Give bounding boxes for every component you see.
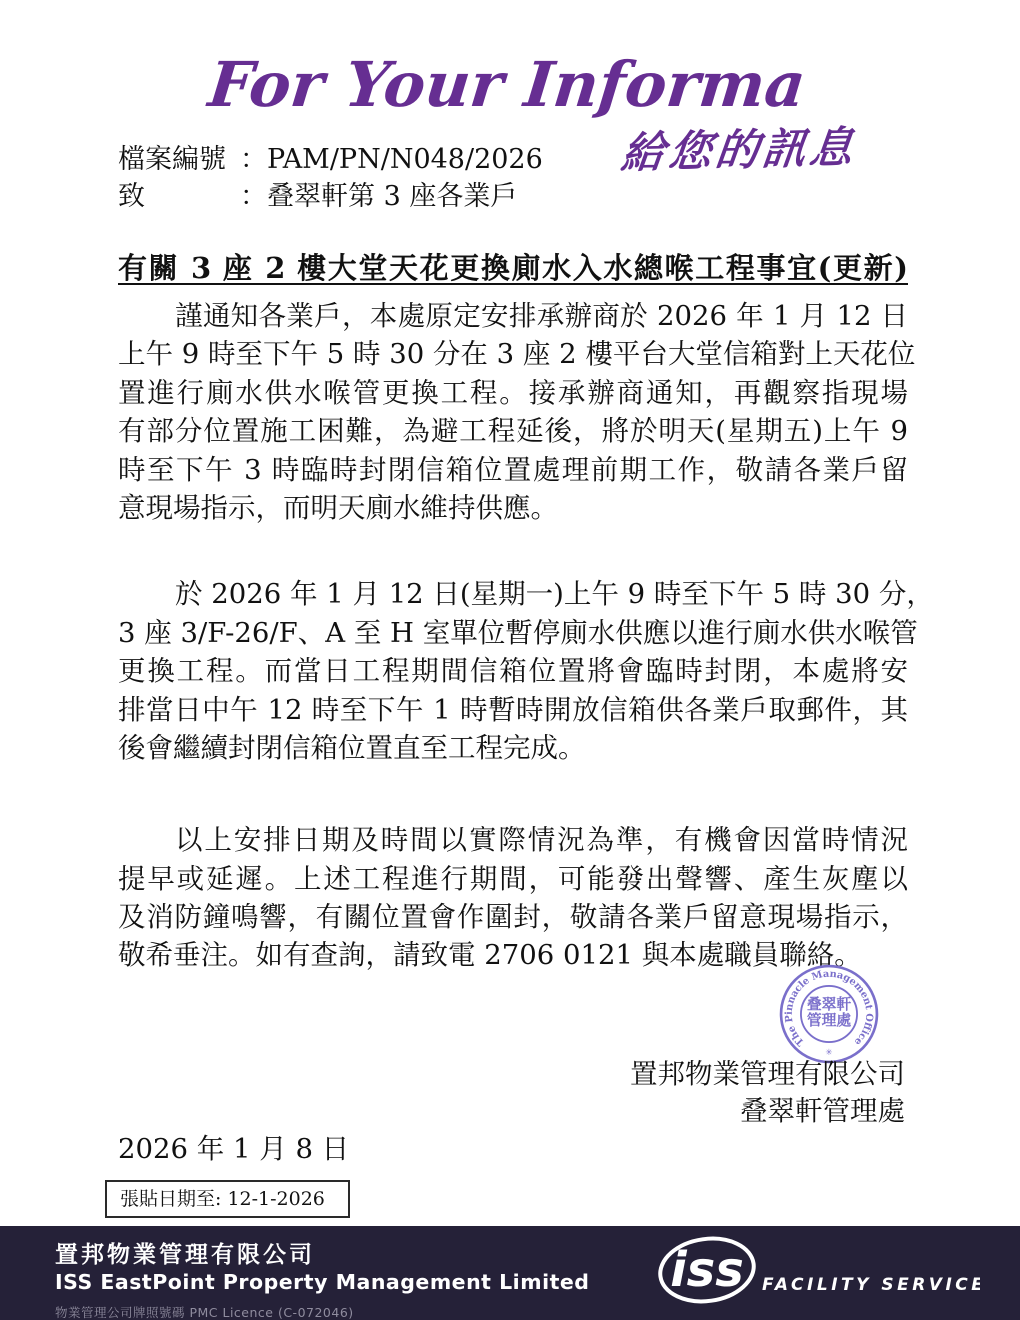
body-line: 上午 9 時至下午 5 時 30 分在 3 座 2 樓平台大堂信箱對上天花位 — [118, 335, 908, 373]
paragraph-3: 以上安排日期及時間以實際情況為準，有機會因當時情況 提早或延遲。上述工程進行期間… — [118, 821, 908, 975]
footer-company-en: ISS EastPoint Property Management Limite… — [55, 1270, 589, 1294]
iss-logo-icon: iss FACILITY SERVICES — [650, 1228, 980, 1318]
office-stamp-icon: The Pinnacle Management Office 叠翠軒 管理處 ✳ — [778, 962, 880, 1066]
body-line: 提早或延遲。上述工程進行期間，可能發出聲響、產生灰塵以 — [118, 860, 908, 898]
paragraph-gap — [118, 527, 908, 575]
footer-company-block: 置邦物業管理有限公司 ISS EastPoint Property Manage… — [55, 1236, 589, 1320]
fyi-script-text: For Your Information — [205, 48, 805, 121]
file-number-label: 檔案編號 — [118, 141, 240, 178]
body-line: 及消防鐘鳴響，有關位置會作圍封，敬請各業戶留意現場指示， — [118, 898, 908, 936]
footer-company-cn: 置邦物業管理有限公司 — [55, 1236, 589, 1269]
body-line: 時至下午 3 時臨時封閉信箱位置處理前期工作，敬請各業戶留 — [118, 451, 908, 489]
paragraph-2: 於 2026 年 1 月 12 日(星期一)上午 9 時至下午 5 時 30 分… — [118, 575, 908, 767]
paragraph-gap — [118, 767, 908, 821]
signing-office: 叠翠軒管理處 — [740, 1093, 905, 1129]
notice-body: 謹通知各業戶，本處原定安排承辦商於 2026 年 1 月 12 日 上午 9 時… — [118, 297, 908, 975]
signing-company: 置邦物業管理有限公司 — [630, 1056, 905, 1092]
posting-period-box: 張貼日期至: 12-1-2026 — [105, 1180, 350, 1218]
body-line: 後會繼續封閉信箱位置直至工程完成。 — [118, 729, 908, 767]
iss-logo-caption: FACILITY SERVICES — [762, 1275, 980, 1295]
document-date: 2026 年 1 月 8 日 — [118, 1126, 349, 1166]
document-meta: 檔案編號 ：PAM/PN/N048/2026 致 ：叠翠軒第 3 座各業戶 — [118, 141, 543, 215]
recipient-value: ：叠翠軒第 3 座各業戶 — [240, 178, 517, 215]
notice-page: For Your Information 給您的訊息 檔案編號 ：PAM/PN/… — [0, 0, 1020, 1320]
notice-title: 有關 3 座 2 樓大堂天花更換廁水入水總喉工程事宜(更新) — [118, 246, 908, 287]
iss-logo-text: iss — [670, 1242, 744, 1298]
footer-licence: 物業管理公司牌照號碼 PMC Licence (C-072046) — [55, 1303, 589, 1320]
stamp-inner-line2: 管理處 — [807, 1011, 852, 1029]
body-line: 更換工程。而當日工程期間信箱位置將會臨時封閉，本處將安 — [118, 652, 908, 690]
body-line: 3 座 3/F-26/F、A 至 H 室單位暫停廁水供應以進行廁水供水喉管 — [118, 614, 908, 652]
body-line: 意現場指示，而明天廁水維持供應。 — [118, 489, 908, 527]
body-line: 於 2026 年 1 月 12 日(星期一)上午 9 時至下午 5 時 30 分… — [118, 575, 908, 613]
file-number-row: 檔案編號 ：PAM/PN/N048/2026 — [118, 141, 543, 178]
recipient-row: 致 ：叠翠軒第 3 座各業戶 — [118, 178, 543, 215]
paragraph-1: 謹通知各業戶，本處原定安排承辦商於 2026 年 1 月 12 日 上午 9 時… — [118, 297, 908, 527]
body-line: 謹通知各業戶，本處原定安排承辦商於 2026 年 1 月 12 日 — [118, 297, 908, 335]
stamp-inner-line1: 叠翠軒 — [807, 995, 852, 1013]
body-line: 以上安排日期及時間以實際情況為準，有機會因當時情況 — [118, 821, 908, 859]
file-number-value: ：PAM/PN/N048/2026 — [240, 141, 543, 178]
body-line: 有部分位置施工困難，為避工程延後，將於明天(星期五)上午 9 — [118, 412, 908, 450]
body-line: 置進行廁水供水喉管更換工程。接承辦商通知，再觀察指現場 — [118, 374, 908, 412]
body-line: 排當日中午 12 時至下午 1 時暫時開放信箱供各業戶取郵件，其 — [118, 691, 908, 729]
recipient-label: 致 — [118, 178, 240, 215]
footer-bar: 置邦物業管理有限公司 ISS EastPoint Property Manage… — [0, 1226, 1020, 1320]
fyi-chinese-calligraphy: 給您的訊息 — [619, 112, 926, 181]
